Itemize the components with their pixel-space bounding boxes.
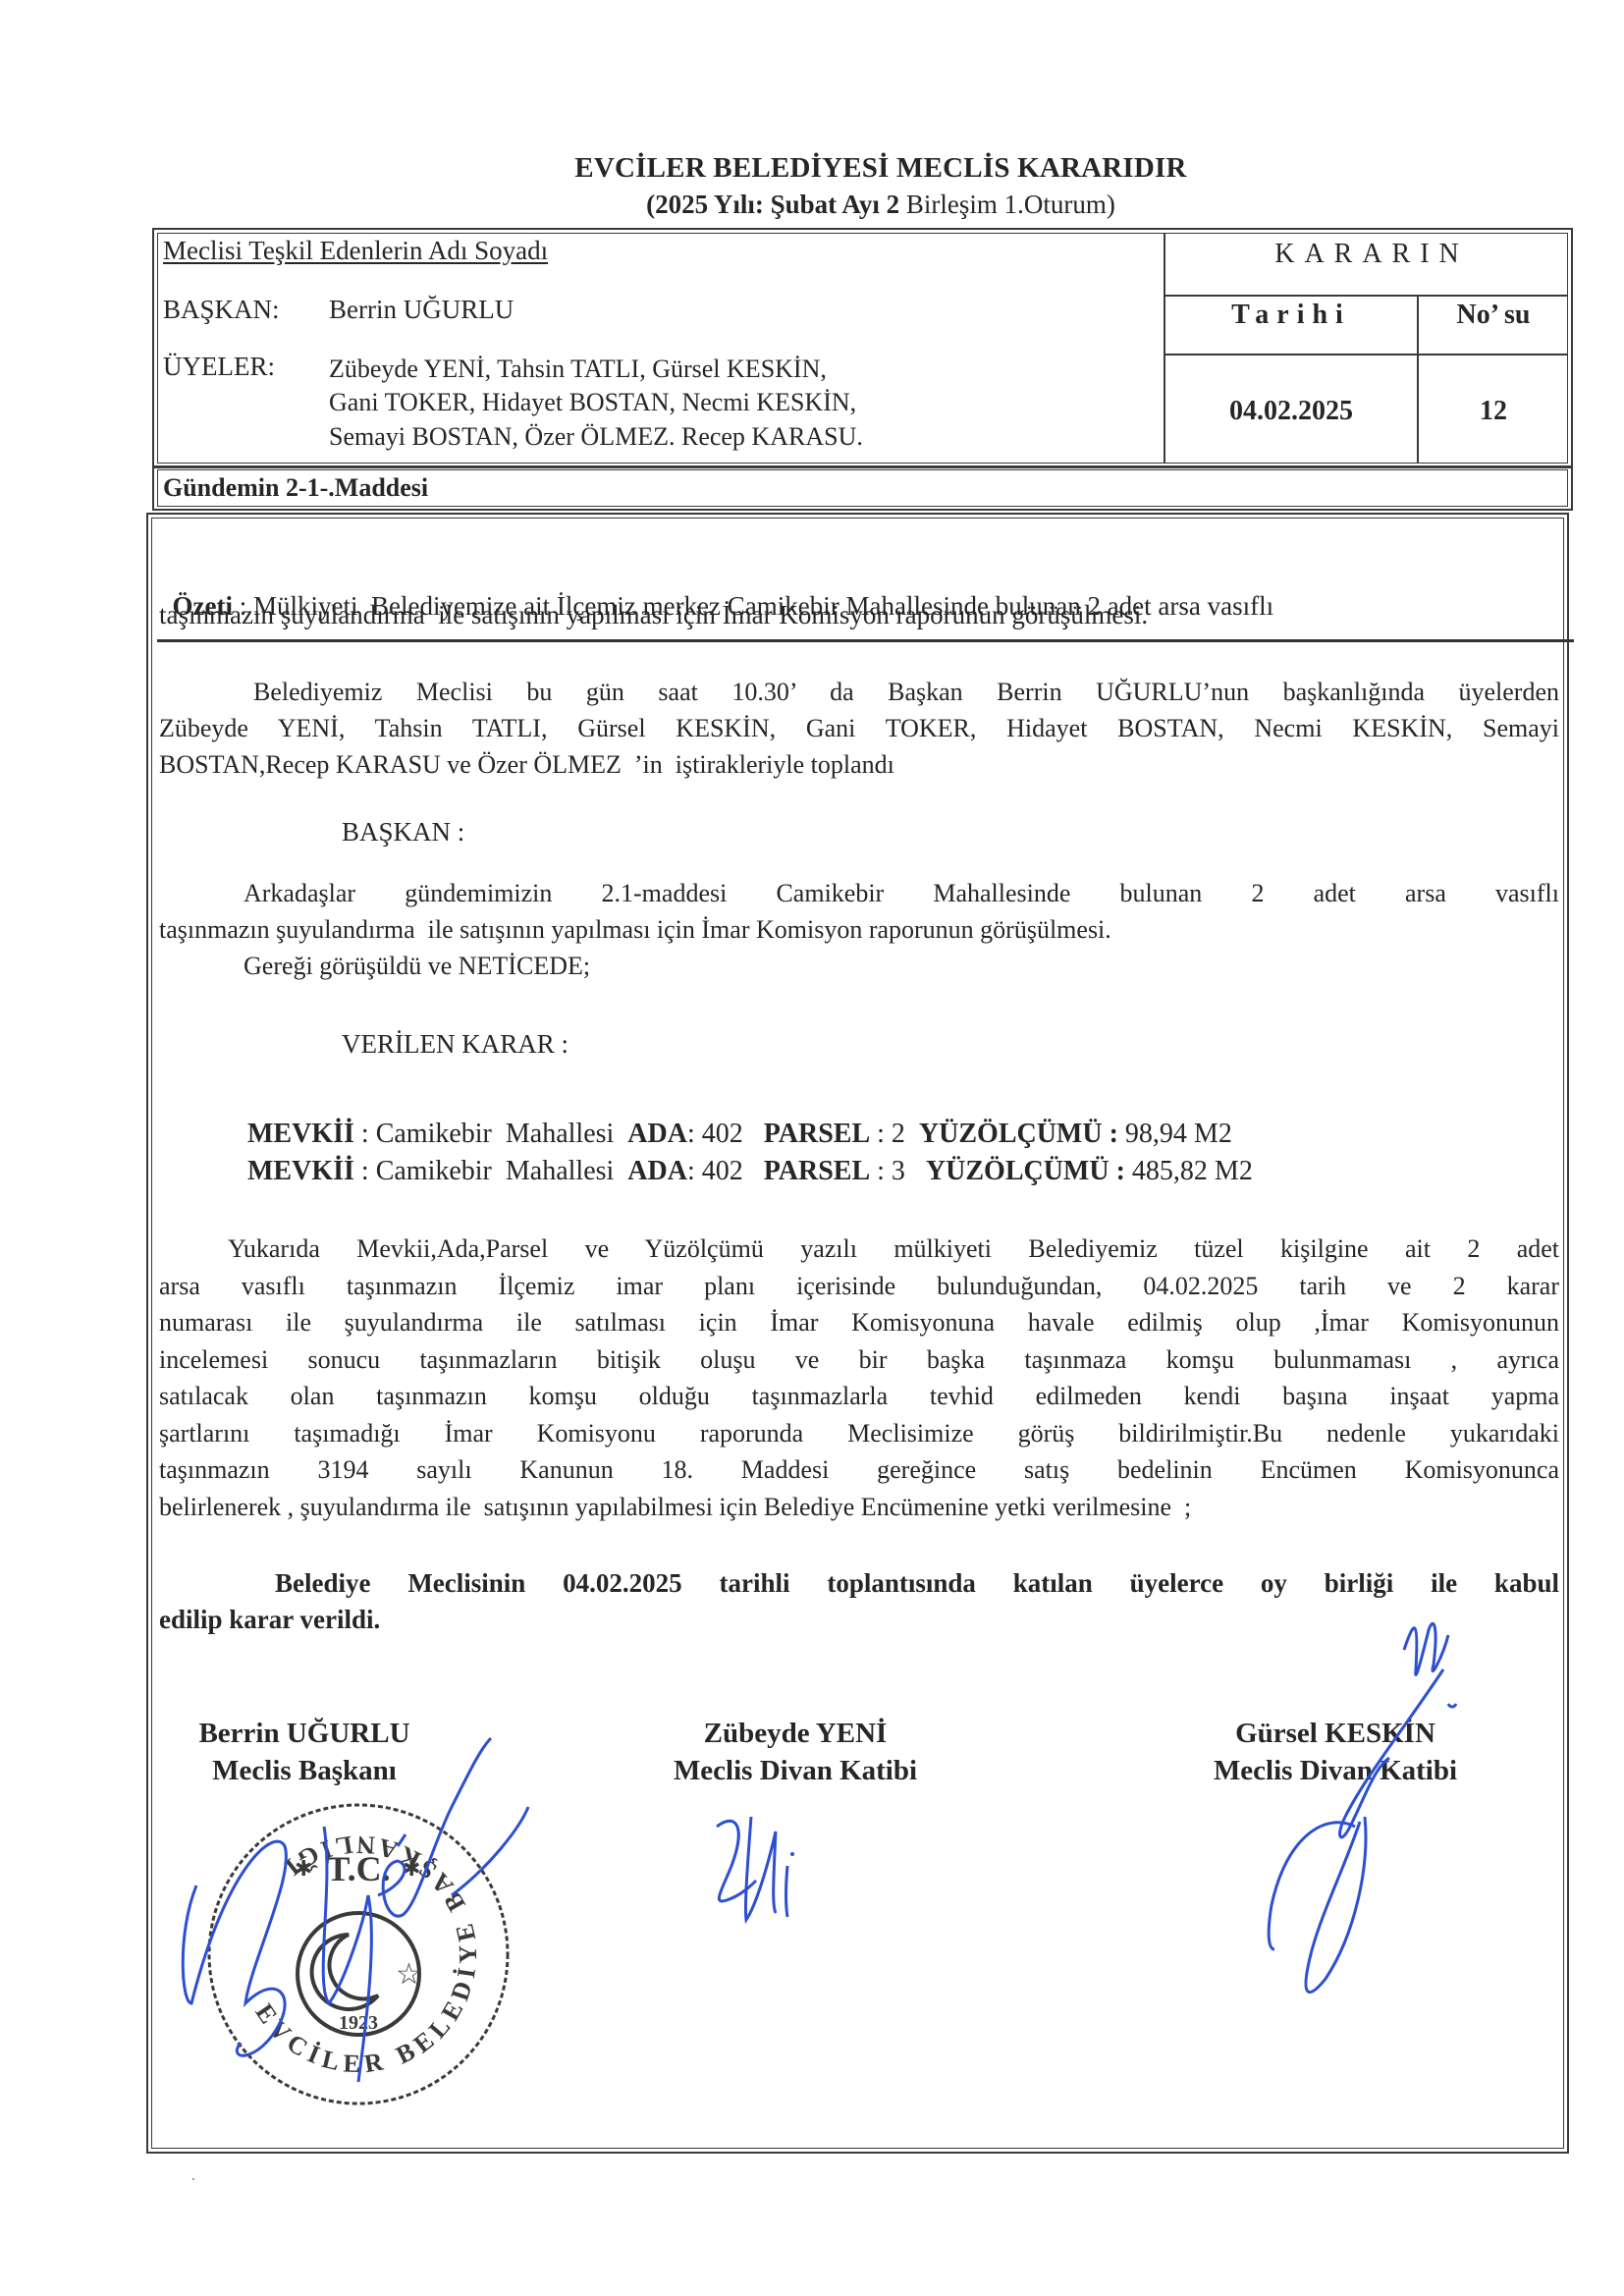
summary-rule: [157, 639, 1574, 642]
ada-label: ADA: [627, 1156, 687, 1186]
decision-body-line: incelemesi sonucu taşınmazların bitişik …: [159, 1341, 1559, 1378]
decision-body-line: satılacak olan taşınmazın komşu olduğu t…: [159, 1378, 1559, 1414]
signature-block-clerk-1: Zübeyde YENİ Meclis Divan Katibi: [648, 1715, 943, 1789]
mevki-label: MEVKİİ: [247, 1156, 354, 1186]
intro-line: Zübeyde YENİ, Tahsin TATLI, Gürsel KESKİ…: [159, 710, 1559, 746]
kararin-heading: KARARIN: [1165, 239, 1568, 270]
members-heading: Meclisi Teşkil Edenlerin Adı Soyadı: [163, 236, 548, 266]
decision-body-line: belirlenerek , şuyulandırma ile satışını…: [159, 1489, 1191, 1525]
parsel-value: 3: [892, 1156, 905, 1186]
members-label: ÜYELER:: [163, 352, 275, 382]
decision-body-line: numarası ile şuyulandırma ile satılması …: [159, 1304, 1559, 1340]
speech-line: taşınmazın şuyulandırma ile satışının ya…: [159, 911, 1111, 948]
signatory-name: Berrin UĞURLU: [157, 1715, 452, 1752]
decision-body-line: Yukarıda Mevkii,Ada,Parsel ve Yüzölçümü …: [228, 1230, 1559, 1267]
subtitle-session: (2025 Yılı: Şubat Ayı 2: [646, 190, 899, 219]
decision-body-line: arsa vasıflı taşınmazın İlçemiz imar pla…: [159, 1268, 1559, 1304]
speech-label: BAŞKAN :: [342, 817, 464, 847]
decision-date: 04.02.2025: [1165, 396, 1417, 427]
agenda-item: Gündemin 2-1-.Maddesi: [163, 473, 428, 503]
scan-speck: [192, 2178, 194, 2180]
document-title: EVCİLER BELEDİYESİ MECLİS KARARIDIR: [0, 152, 1624, 185]
document-subtitle: (2025 Yılı: Şubat Ayı 2 Birleşim 1.Oturu…: [0, 190, 1624, 220]
decision-label: VERİLEN KARAR :: [342, 1029, 568, 1060]
president-name: Berrin UĞURLU: [329, 295, 514, 325]
signatory-title: Meclis Divan Katibi: [648, 1752, 943, 1789]
ada-value: 402: [702, 1156, 743, 1186]
parcel-row: MEVKİİ : Camikebir Mahallesi ADA: 402 PA…: [234, 1124, 1253, 1187]
final-line: edilip karar verildi.: [159, 1605, 380, 1635]
number-label: No’ su: [1419, 300, 1568, 331]
date-label: Tarihi: [1165, 300, 1417, 331]
members-line: Gani TOKER, Hidayet BOSTAN, Necmi KESKİN…: [329, 388, 856, 417]
intro-line: Belediyemiz Meclisi bu gün saat 10.30’ d…: [253, 674, 1559, 710]
signature-clerk-2-icon: [1247, 1611, 1492, 2003]
kararin-row-divider-1: [1164, 295, 1568, 297]
final-line: Belediye Meclisinin 04.02.2025 tarihli t…: [275, 1568, 1559, 1599]
members-line: Semayi BOSTAN, Özer ÖLMEZ. Recep KARASU.: [329, 422, 863, 452]
members-line: Zübeyde YENİ, Tahsin TATLI, Gürsel KESKİ…: [329, 355, 827, 384]
kararin-row-divider-2: [1164, 354, 1568, 355]
signature-president-icon: [167, 1748, 560, 2082]
signatory-name: Zübeyde YENİ: [648, 1715, 943, 1752]
decision-body-line: taşınmazın 3194 sayılı Kanunun 18. Madde…: [159, 1451, 1559, 1488]
speech-conclusion: Gereği görüşüldü ve NETİCEDE;: [244, 948, 590, 984]
summary-line-2: taşınmazın şuyulandırma ile satışının ya…: [159, 600, 1148, 630]
subtitle-meeting: Birleşim 1.Oturum): [899, 190, 1115, 219]
decision-body-line: şartlarını taşımadığı İmar Komisyonu rap…: [159, 1415, 1559, 1451]
intro-line: BOSTAN,Recep KARASU ve Özer ÖLMEZ ’in iş…: [159, 746, 894, 783]
signature-clerk-1-icon: [697, 1807, 815, 1944]
president-label: BAŞKAN:: [163, 295, 280, 325]
speech-line: Arkadaşlar gündemimizin 2.1-maddesi Cami…: [244, 875, 1559, 911]
area-label: YÜZÖLÇÜMÜ: [926, 1156, 1110, 1186]
area-value: 485,82 M2: [1132, 1156, 1253, 1186]
decision-number: 12: [1419, 396, 1568, 427]
mevki-value: Camikebir Mahallesi: [376, 1156, 615, 1186]
parsel-label: PARSEL: [764, 1156, 870, 1186]
